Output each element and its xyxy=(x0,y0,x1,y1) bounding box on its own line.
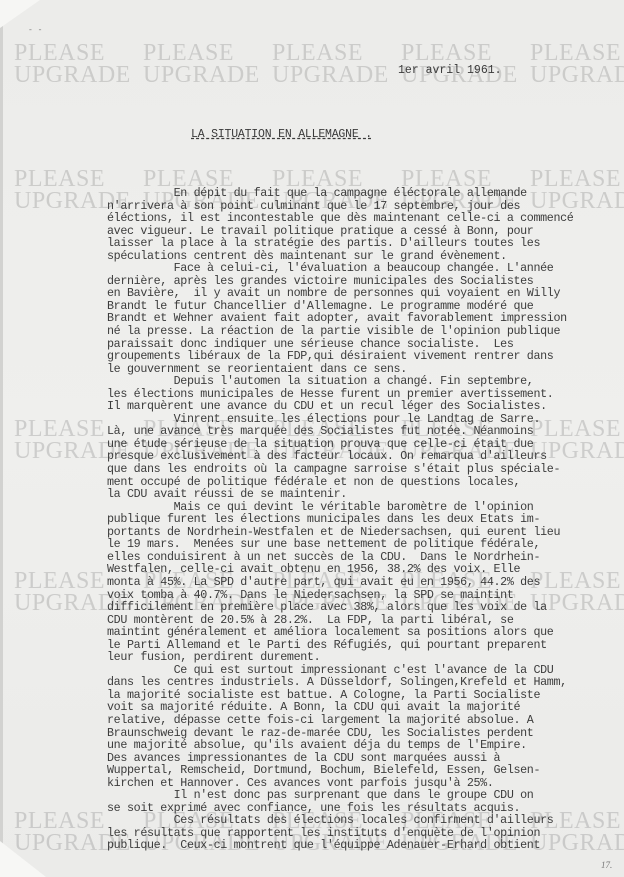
watermark-text: PLEASE xyxy=(530,40,624,67)
watermark-row: PLEASEPLEASEPLEASEPLEASEPLEASE xyxy=(14,40,624,67)
document-date: 1er avril 1961. xyxy=(398,64,502,77)
text-line: laisser la place à la stratégie des part… xyxy=(107,237,624,250)
text-line: publique furent les élections municipale… xyxy=(107,513,624,526)
text-line: né la presse. La réaction de la partie v… xyxy=(107,325,624,338)
text-line: groupements libéraux de la FDP,qui désir… xyxy=(107,350,624,363)
document-body: En dépit du fait que la campagne éléctor… xyxy=(107,187,624,852)
text-line: une majorité absolue, qu'ils avaient déj… xyxy=(107,739,624,752)
watermark-text: UPGRADE xyxy=(143,62,272,89)
folded-corner-bottom xyxy=(0,841,46,877)
text-line: difficilement en première place avec 38%… xyxy=(107,601,624,614)
text-line: En dépit du fait que la campagne éléctor… xyxy=(107,187,624,200)
watermark-text: UPGRADE xyxy=(272,62,401,89)
text-line: Il n'est donc pas surprenant que dans le… xyxy=(107,789,624,802)
folded-corner-top xyxy=(0,0,40,28)
text-line: Wuppertal, Remscheid, Dortmund, Bochum, … xyxy=(107,764,624,777)
text-line: Face à celui-ci, l'évaluation a beaucoup… xyxy=(107,262,624,275)
text-line: le 19 mars. Menées sur une base nettemen… xyxy=(107,538,624,551)
text-line: publique. Ceux-ci montrent que l'équippe… xyxy=(107,839,624,852)
text-line: maintint généralement et améliora locale… xyxy=(107,626,624,639)
text-line: Ces résultats des élections locales conf… xyxy=(107,814,624,827)
corner-mark: - - xyxy=(28,26,42,35)
watermark-text: PLEASE xyxy=(401,40,530,67)
text-line: dans les centres industriels. A Düsseldo… xyxy=(107,676,624,689)
text-line: éléctions, il est incontestable que dès … xyxy=(107,212,624,225)
text-line: monta à 45%. La SPD d'autre part, qui av… xyxy=(107,576,624,589)
watermark-text: PLEASE xyxy=(143,40,272,67)
text-line: relative, dépasse cette fois-ci largemen… xyxy=(107,714,624,727)
page-number: 17. xyxy=(601,860,612,870)
text-line: Depuis l'automen la situation a changé. … xyxy=(107,375,624,388)
text-line: Il marquèrent une avance du CDU et un re… xyxy=(107,400,624,413)
text-line: que dans les endroits où la campagne sar… xyxy=(107,463,624,476)
watermark-row: UPGRADEUPGRADEUPGRADEUPGRADEUPGRADE xyxy=(14,62,624,89)
page-edge-shadow xyxy=(0,0,3,877)
watermark-text: PLEASE xyxy=(272,40,401,67)
watermark-text: PLEASE xyxy=(14,40,143,67)
watermark-text: UPGRADE xyxy=(14,62,143,89)
text-line: leur fusion, perdirent durement. xyxy=(107,651,624,664)
text-line: la CDU avait réussi de se maintenir. xyxy=(107,488,624,501)
document-title: LA SITUATION EN ALLEMAGNE . xyxy=(191,128,372,141)
document-page: PLEASEPLEASEPLEASEPLEASEPLEASEUPGRADEUPG… xyxy=(0,0,624,877)
watermark-text: UPGRADE xyxy=(530,62,624,89)
